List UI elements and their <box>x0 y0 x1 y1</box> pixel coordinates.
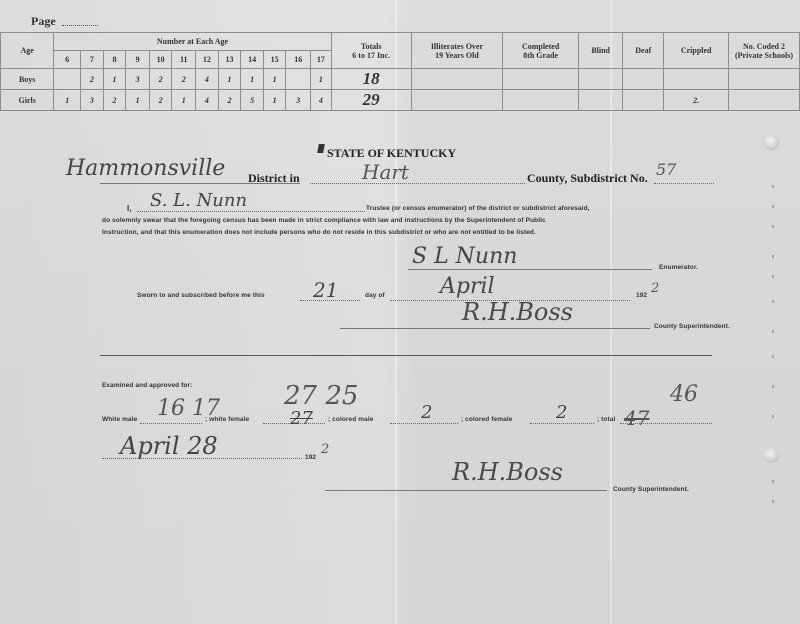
coded-header: No. Coded 2 (Private Schools) <box>729 33 800 69</box>
boys-completed <box>503 69 579 90</box>
coded-header-line1: No. Coded 2 <box>743 42 785 51</box>
title-mark-icon <box>317 144 325 153</box>
perforation-mark <box>772 480 774 483</box>
total-label: ; total <box>597 416 615 423</box>
age-col-6: 6 <box>54 51 81 69</box>
row-label-boys: Boys <box>1 69 54 90</box>
sworn-month: April <box>440 274 495 299</box>
boys-age-9: 3 <box>126 69 150 90</box>
perforation-mark <box>772 205 774 208</box>
enumerator-label: Enumerator. <box>659 264 698 271</box>
perforation-mark <box>772 185 774 188</box>
approval-signature-line <box>325 490 607 491</box>
boys-coded <box>729 69 800 90</box>
age-col-16: 16 <box>286 51 311 69</box>
illiterates-header-line1: Illiterates Over <box>431 42 483 51</box>
superintendent-label: County Superintendent. <box>654 323 730 330</box>
girls-blind <box>579 90 623 111</box>
colored-female-value: 2 <box>556 402 567 423</box>
girls-completed <box>503 90 579 111</box>
oath-body-line1: do solemnly swear that the foregoing cen… <box>102 217 546 224</box>
illiterates-header: Illiterates Over 19 Years Old <box>411 33 502 69</box>
girls-age-7: 3 <box>81 90 104 111</box>
age-col-12: 12 <box>196 51 219 69</box>
subdistrict-number: 57 <box>656 160 676 179</box>
white-female-struck: 27 <box>290 408 313 429</box>
total-struck: 47 <box>624 406 649 430</box>
approval-heading: Examined and approved for: <box>102 382 192 389</box>
oath-body-line2: Instruction, and that this enumeration d… <box>102 229 536 236</box>
boys-age-15: 1 <box>263 69 286 90</box>
totals-header-line1: Totals <box>361 42 382 51</box>
age-col-17: 17 <box>311 51 332 69</box>
girls-coded <box>729 90 800 111</box>
boys-blind <box>579 69 623 90</box>
boys-illiterates <box>411 69 502 90</box>
girls-age-17: 4 <box>311 90 332 111</box>
age-col-11: 11 <box>172 51 196 69</box>
subdistrict-line <box>654 183 714 184</box>
punch-hole <box>763 134 779 150</box>
perforation-mark <box>772 255 774 258</box>
census-table: Age Number at Each Age Totals 6 to 17 In… <box>0 32 800 111</box>
day-of-label: day of <box>365 292 385 299</box>
totals-header: Totals 6 to 17 Inc. <box>331 33 411 69</box>
superintendent-signature: R.H.Boss <box>462 298 573 326</box>
age-col-14: 14 <box>241 51 264 69</box>
age-col-13: 13 <box>218 51 241 69</box>
sworn-day: 21 <box>313 278 338 302</box>
perforation-mark <box>772 500 774 503</box>
enumerator-signature-line <box>408 269 652 270</box>
completed-header: Completed 8th Grade <box>503 33 579 69</box>
approval-superintendent-label: County Superintendent. <box>613 486 689 493</box>
table-header-row: Age Number at Each Age Totals 6 to 17 In… <box>1 33 800 51</box>
superintendent-signature-line <box>340 328 650 329</box>
perforation-mark <box>772 415 774 418</box>
enumerator-signature: S L Nunn <box>412 244 517 269</box>
girls-deaf <box>623 90 664 111</box>
girls-total: 29 <box>331 90 411 111</box>
boys-age-12: 4 <box>196 69 219 90</box>
age-col-9: 9 <box>126 51 150 69</box>
punch-hole <box>763 447 779 463</box>
perforation-mark <box>772 355 774 358</box>
boys-age-6 <box>54 69 81 90</box>
age-col-8: 8 <box>103 51 126 69</box>
girls-age-15: 1 <box>263 90 286 111</box>
county-name: Hart <box>362 160 409 184</box>
coded-header-line2: (Private Schools) <box>735 51 793 60</box>
table-row-girls: Girls 1 3 2 1 2 1 4 2 5 1 3 4 29 2. <box>1 90 800 111</box>
illiterates-header-line2: 19 Years Old <box>435 51 479 60</box>
approval-superintendent-signature: R.H.Boss <box>452 458 563 486</box>
colored-female-label: ; colored female <box>461 416 512 423</box>
girls-age-12: 4 <box>196 90 219 111</box>
age-col-15: 15 <box>263 51 286 69</box>
completed-header-line1: Completed <box>522 42 559 51</box>
perforation-mark <box>772 300 774 303</box>
total-value: 46 <box>670 382 698 407</box>
age-header: Age <box>1 33 54 69</box>
age-col-7: 7 <box>81 51 104 69</box>
county-line <box>310 183 525 184</box>
trustee-name-line <box>137 211 365 212</box>
boys-age-10: 2 <box>149 69 172 90</box>
boys-age-14: 1 <box>241 69 264 90</box>
girls-illiterates <box>411 90 502 111</box>
approval-year-prefix: 192 <box>305 454 316 461</box>
district-name: Hammonsville <box>66 156 225 181</box>
girls-age-8: 2 <box>103 90 126 111</box>
boys-total: 18 <box>331 69 411 90</box>
district-in-label: District in <box>248 171 300 186</box>
white-female-value: 27 25 <box>284 381 358 411</box>
i-label: I, <box>127 204 132 213</box>
white-female-label: ; white female <box>205 416 249 423</box>
sworn-year-prefix: 192 <box>636 292 647 299</box>
girls-age-6: 1 <box>54 90 81 111</box>
girls-age-13: 2 <box>218 90 241 111</box>
boys-age-8: 1 <box>103 69 126 90</box>
boys-age-16 <box>286 69 311 90</box>
colored-male-label: ; colored male <box>328 416 373 423</box>
girls-age-9: 1 <box>126 90 150 111</box>
approval-date: April 28 <box>120 432 218 460</box>
girls-age-11: 1 <box>172 90 196 111</box>
colored-male-value: 2 <box>421 402 432 423</box>
row-label-girls: Girls <box>1 90 54 111</box>
boys-crippled <box>664 69 729 90</box>
approval-year-digit: 2 <box>321 442 329 457</box>
trustee-name: S. L. Nunn <box>150 190 247 211</box>
girls-age-14: 5 <box>241 90 264 111</box>
crippled-header: Crippled <box>664 33 729 69</box>
trustee-text: Trustee (or census enumerator) of the di… <box>366 205 590 212</box>
perforation-mark <box>772 330 774 333</box>
age-col-10: 10 <box>149 51 172 69</box>
deaf-header: Deaf <box>623 33 664 69</box>
boys-age-11: 2 <box>172 69 196 90</box>
table-row-boys: Boys 2 1 3 2 2 4 1 1 1 1 18 <box>1 69 800 90</box>
county-subdistrict-label: County, Subdistrict No. <box>527 171 648 186</box>
blind-header: Blind <box>579 33 623 69</box>
page-label: Page <box>31 14 56 29</box>
completed-header-line2: 8th Grade <box>523 51 558 60</box>
sworn-label: Sworn to and subscribed before me this <box>137 292 265 299</box>
white-male-line <box>140 423 202 424</box>
colored-male-line <box>390 423 458 424</box>
colored-female-line <box>530 423 594 424</box>
boys-age-17: 1 <box>311 69 332 90</box>
section-divider <box>100 355 712 356</box>
number-at-each-age-header: Number at Each Age <box>54 33 331 51</box>
totals-header-line2: 6 to 17 Inc. <box>352 51 390 60</box>
sworn-year-digit: 2 <box>651 281 659 296</box>
perforation-mark <box>772 385 774 388</box>
girls-age-16: 3 <box>286 90 311 111</box>
boys-age-7: 2 <box>81 69 104 90</box>
boys-deaf <box>623 69 664 90</box>
document-paper: Page Age Number at Each Age Totals 6 to … <box>0 0 800 624</box>
state-title: STATE OF KENTUCKY <box>327 146 456 161</box>
boys-age-13: 1 <box>218 69 241 90</box>
perforation-mark <box>772 275 774 278</box>
perforation-mark <box>772 225 774 228</box>
girls-crippled: 2. <box>664 90 729 111</box>
white-male-label: White male <box>102 416 137 423</box>
page-number-field <box>62 25 98 26</box>
girls-age-10: 2 <box>149 90 172 111</box>
